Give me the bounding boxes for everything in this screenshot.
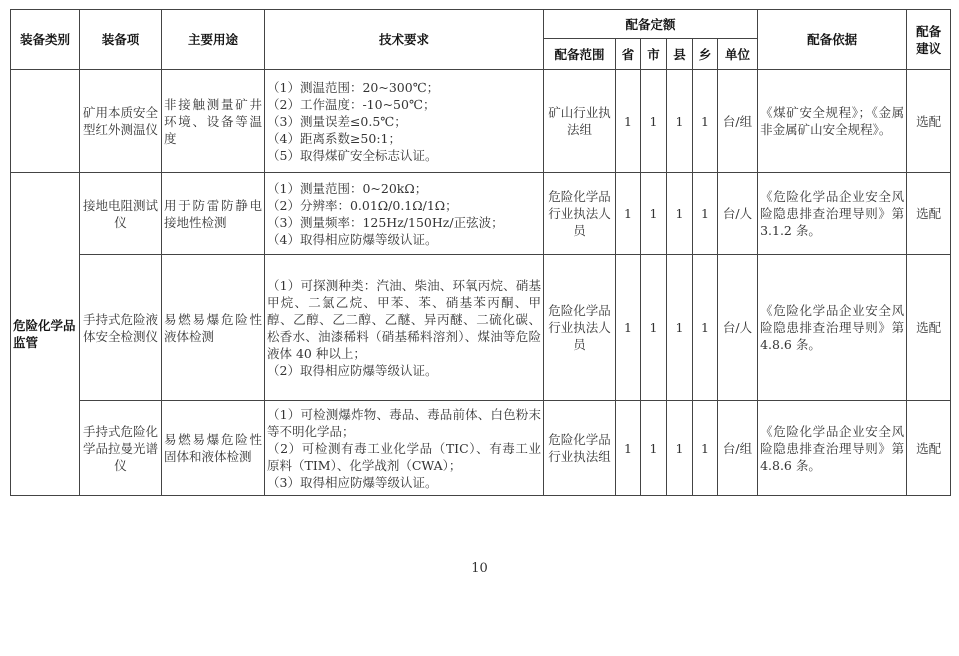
requirement-line: （1）可探测种类：汽油、柴油、环氧丙烷、硝基甲烷、二氯乙烷、甲苯、苯、硝基苯丙酮… (267, 277, 541, 362)
city-cell: 1 (641, 255, 667, 401)
header-usage: 主要用途 (162, 10, 265, 70)
usage-cell: 非接触测量矿井环境、设备等温度 (162, 70, 265, 173)
city-cell: 1 (641, 173, 667, 255)
usage-cell: 易燃易爆危险性液体检测 (162, 255, 265, 401)
usage-cell: 易燃易爆危险性固体和液体检测 (162, 401, 265, 496)
scope-cell: 危险化学品行业执法人员 (544, 173, 616, 255)
scope-cell: 矿山行业执法组 (544, 70, 616, 173)
suggestion-cell: 选配 (907, 173, 951, 255)
header-basis: 配备依据 (758, 10, 907, 70)
requirements-cell: （1）可探测种类：汽油、柴油、环氧丙烷、硝基甲烷、二氯乙烷、甲苯、苯、硝基苯丙酮… (265, 255, 544, 401)
basis-cell: 《煤矿安全规程》；《金属非金属矿山安全规程》。 (758, 70, 907, 173)
header-province: 省 (616, 39, 641, 70)
city-cell: 1 (641, 401, 667, 496)
header-row-1: 装备类别 装备项 主要用途 技术要求 配备定额 配备依据 配备建议 (11, 10, 951, 39)
category-cell: 危险化学品监管 (11, 173, 80, 496)
header-city: 市 (641, 39, 667, 70)
category-cell (11, 70, 80, 173)
requirement-line: （2）分辨率：0.01Ω/0.1Ω/1Ω； (267, 197, 541, 214)
item-cell: 手持式危险液体安全检测仪 (80, 255, 162, 401)
header-requirements: 技术要求 (265, 10, 544, 70)
equipment-quota-table: 装备类别 装备项 主要用途 技术要求 配备定额 配备依据 配备建议 配备范围 省… (10, 9, 951, 496)
county-cell: 1 (667, 173, 693, 255)
suggestion-cell: 选配 (907, 255, 951, 401)
table-row: 危险化学品监管 接地电阻测试仪 用于防雷防静电接地性检测 （1）测量范围：0~2… (11, 173, 951, 255)
requirements-cell: （1）测量范围：0~20kΩ； （2）分辨率：0.01Ω/0.1Ω/1Ω； （3… (265, 173, 544, 255)
requirement-line: （1）测量范围：0~20kΩ； (267, 180, 541, 197)
requirement-line: （2）可检测有毒工业化学品（TIC）、有毒工业原料（TIM）、化学战剂（CWA）… (267, 440, 541, 474)
header-category: 装备类别 (11, 10, 80, 70)
county-cell: 1 (667, 70, 693, 173)
item-cell: 手持式危险化学品拉曼光谱仪 (80, 401, 162, 496)
province-cell: 1 (616, 255, 641, 401)
header-unit: 单位 (718, 39, 758, 70)
county-cell: 1 (667, 255, 693, 401)
unit-cell: 台/组 (718, 401, 758, 496)
page-number: 10 (0, 561, 959, 576)
header-scope: 配备范围 (544, 39, 616, 70)
township-cell: 1 (693, 401, 718, 496)
requirement-line: （3）测量频率：125Hz/150Hz/正弦波； (267, 214, 541, 231)
scope-cell: 危险化学品行业执法人员 (544, 255, 616, 401)
suggestion-cell: 选配 (907, 401, 951, 496)
requirement-line: （3）取得相应防爆等级认证。 (267, 474, 541, 491)
requirement-line: （4）距离系数≥50:1； (267, 130, 541, 147)
table-row: 手持式危险化学品拉曼光谱仪 易燃易爆危险性固体和液体检测 （1）可检测爆炸物、毒… (11, 401, 951, 496)
basis-cell: 《危险化学品企业安全风险隐患排查治理导则》第 4.8.6 条。 (758, 255, 907, 401)
township-cell: 1 (693, 70, 718, 173)
city-cell: 1 (641, 70, 667, 173)
township-cell: 1 (693, 173, 718, 255)
basis-cell: 《危险化学品企业安全风险隐患排查治理导则》第 4.8.6 条。 (758, 401, 907, 496)
requirement-line: （2）工作温度：-10~50℃； (267, 96, 541, 113)
county-cell: 1 (667, 401, 693, 496)
table-row: 手持式危险液体安全检测仪 易燃易爆危险性液体检测 （1）可探测种类：汽油、柴油、… (11, 255, 951, 401)
requirement-line: （1）可检测爆炸物、毒品、毒品前体、白色粉末等不明化学品； (267, 406, 541, 440)
requirement-line: （2）取得相应防爆等级认证。 (267, 362, 541, 379)
item-cell: 接地电阻测试仪 (80, 173, 162, 255)
header-county: 县 (667, 39, 693, 70)
requirement-line: （1）测温范围：20~300℃； (267, 79, 541, 96)
requirement-line: （5）取得煤矿安全标志认证。 (267, 147, 541, 164)
suggestion-cell: 选配 (907, 70, 951, 173)
usage-cell: 用于防雷防静电接地性检测 (162, 173, 265, 255)
province-cell: 1 (616, 401, 641, 496)
requirement-line: （4）取得相应防爆等级认证。 (267, 231, 541, 248)
requirements-cell: （1）测温范围：20~300℃； （2）工作温度：-10~50℃； （3）测量误… (265, 70, 544, 173)
requirements-cell: （1）可检测爆炸物、毒品、毒品前体、白色粉末等不明化学品； （2）可检测有毒工业… (265, 401, 544, 496)
township-cell: 1 (693, 255, 718, 401)
province-cell: 1 (616, 70, 641, 173)
unit-cell: 台/组 (718, 70, 758, 173)
requirement-line: （3）测量误差≤0.5℃； (267, 113, 541, 130)
table-row: 矿用本质安全型红外测温仪 非接触测量矿井环境、设备等温度 （1）测温范围：20~… (11, 70, 951, 173)
basis-cell: 《危险化学品企业安全风险隐患排查治理导则》第 3.1.2 条。 (758, 173, 907, 255)
header-quota: 配备定额 (544, 10, 758, 39)
item-cell: 矿用本质安全型红外测温仪 (80, 70, 162, 173)
header-item: 装备项 (80, 10, 162, 70)
unit-cell: 台/人 (718, 173, 758, 255)
unit-cell: 台/人 (718, 255, 758, 401)
scope-cell: 危险化学品行业执法组 (544, 401, 616, 496)
header-suggestion: 配备建议 (907, 10, 951, 70)
province-cell: 1 (616, 173, 641, 255)
header-township: 乡 (693, 39, 718, 70)
